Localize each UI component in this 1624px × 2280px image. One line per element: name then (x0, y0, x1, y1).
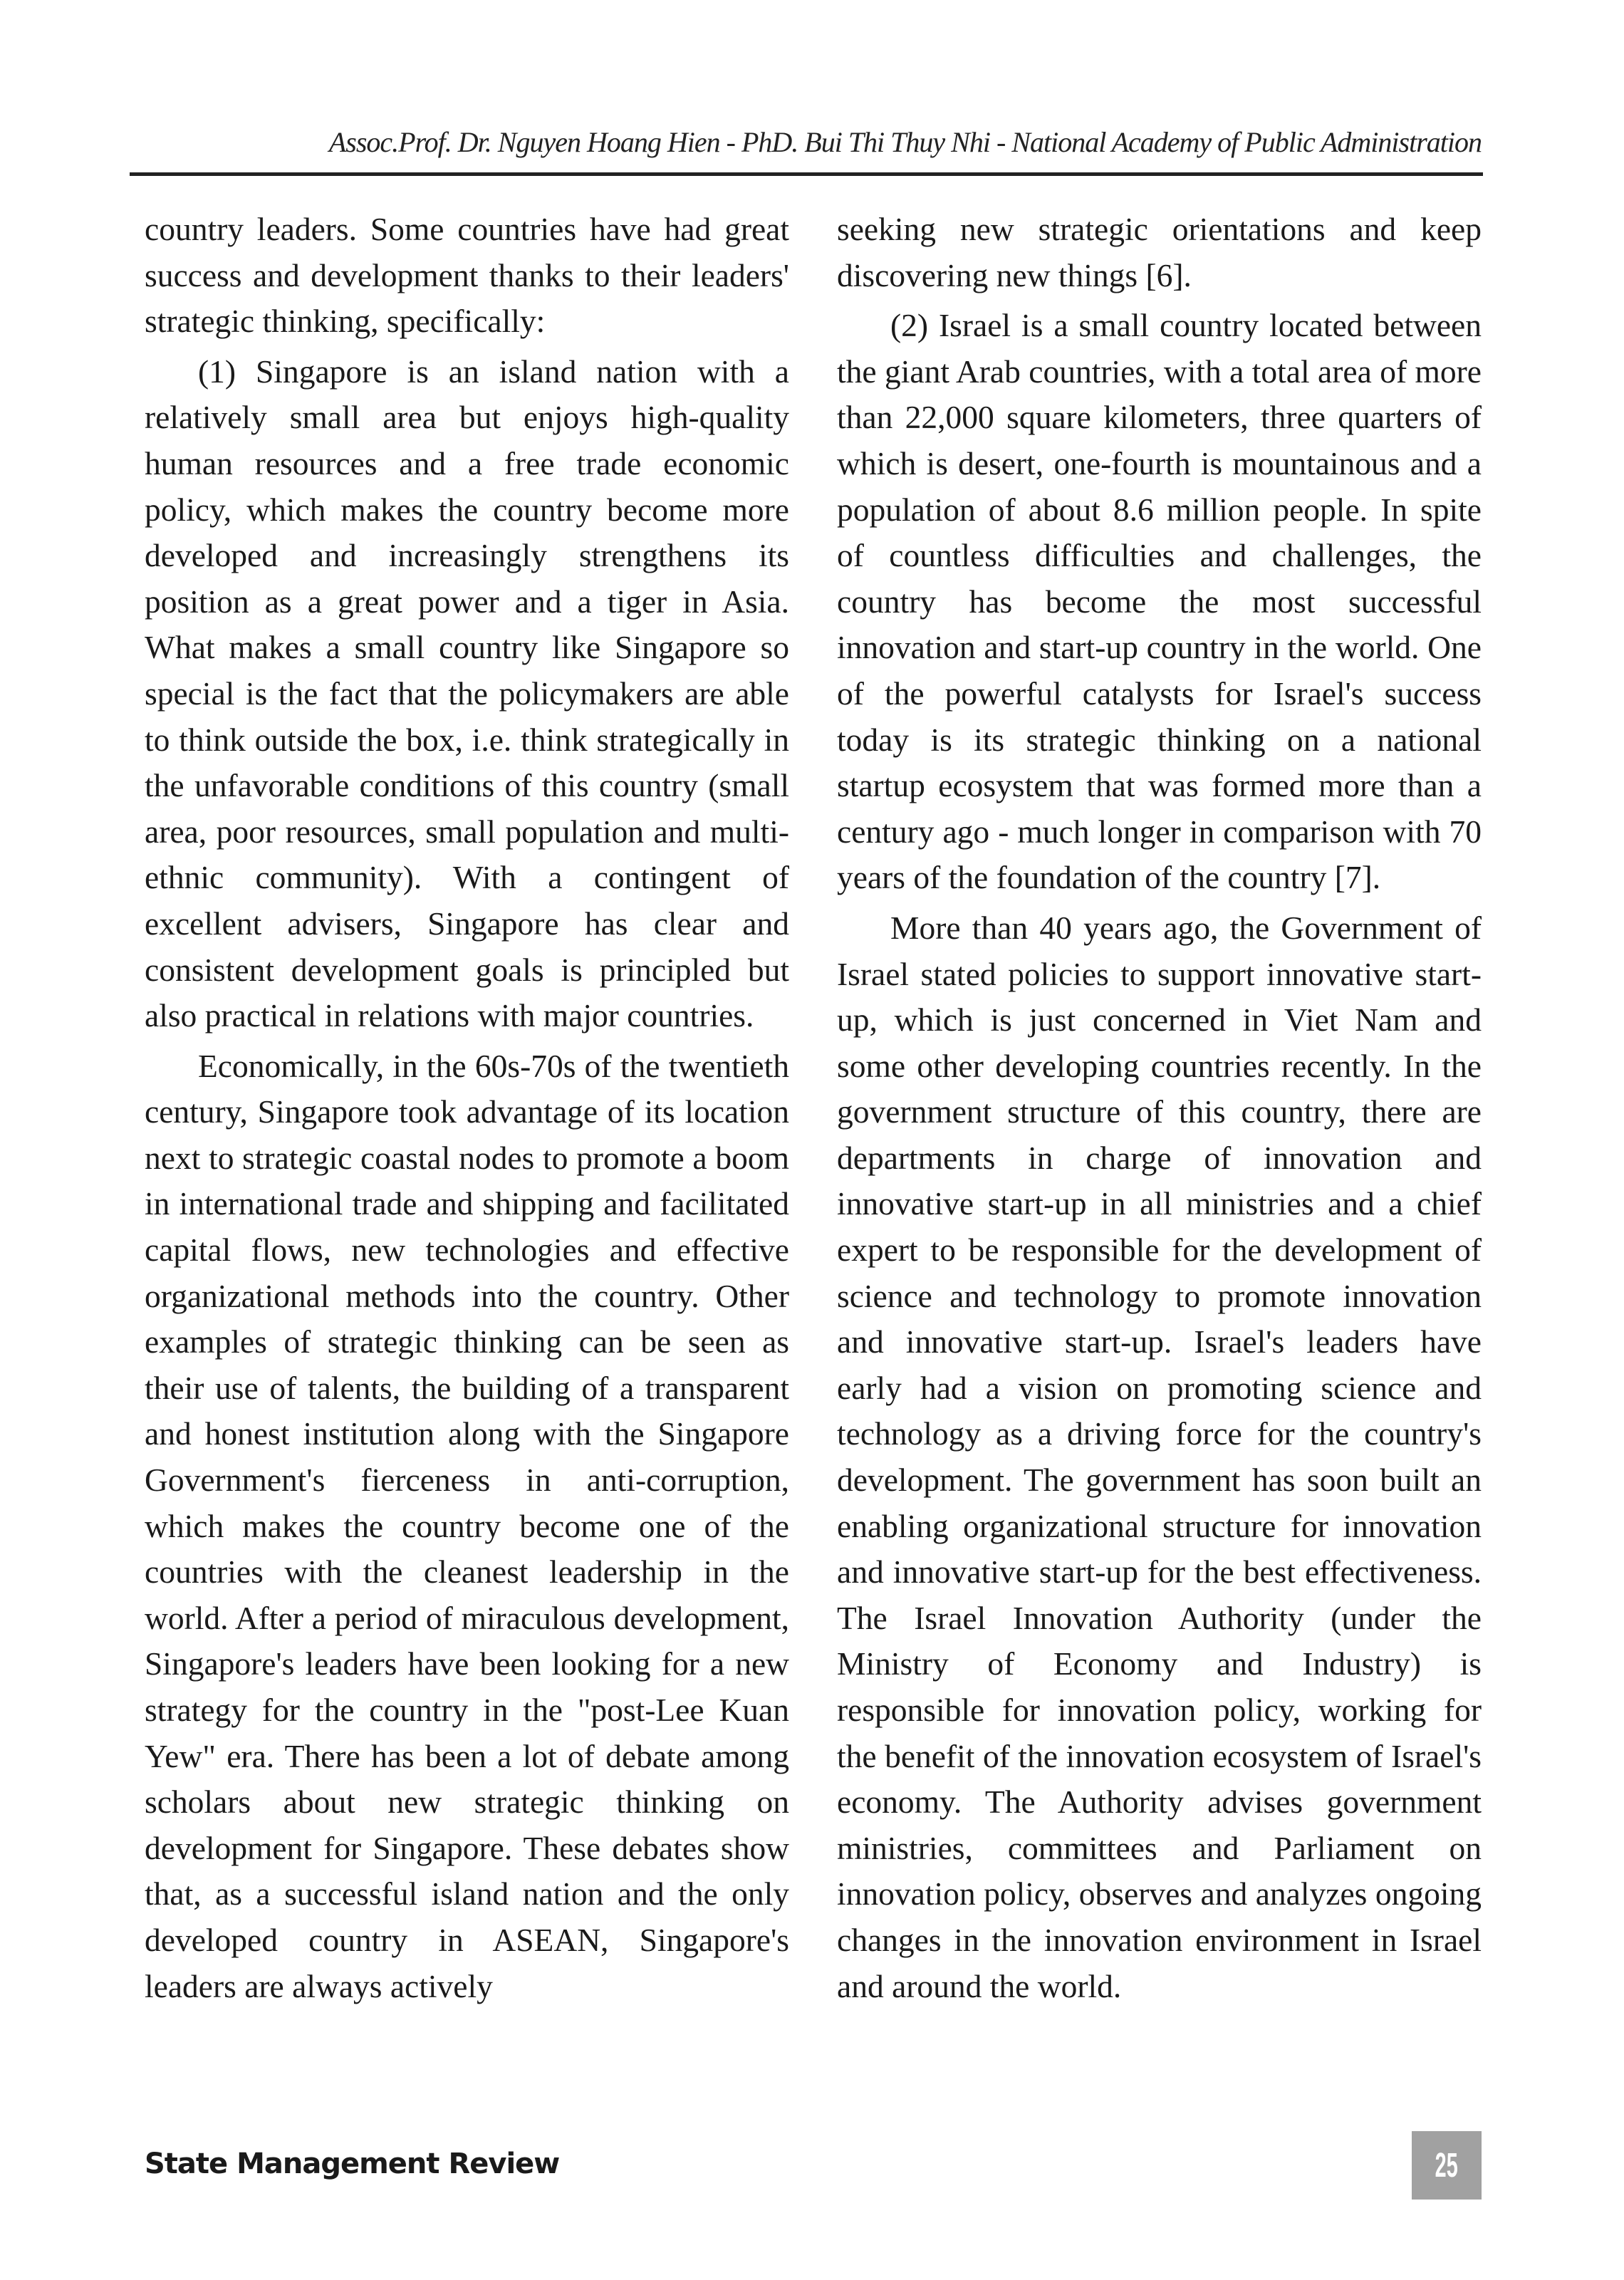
page-number-badge: 25 (1412, 2131, 1482, 2200)
paragraph: More than 40 years ago, the Government o… (837, 905, 1482, 2009)
right-column: seeking new strategic orientations and k… (837, 207, 1482, 2014)
journal-name: State Management Review (145, 2148, 559, 2180)
paragraph: seeking new strategic orientations and k… (837, 207, 1482, 298)
page-number: 25 (1435, 2146, 1458, 2185)
paragraph: country leaders. Some countries have had… (145, 207, 789, 345)
paragraph: (2) Israel is a small country located be… (837, 303, 1482, 901)
running-head: Assoc.Prof. Dr. Nguyen Hoang Hien - PhD.… (142, 125, 1482, 159)
paragraph: Economically, in the 60s-70s of the twen… (145, 1043, 789, 2009)
header-rule (130, 172, 1483, 176)
paragraph: (1) Singapore is an island nation with a… (145, 349, 789, 1039)
left-column: country leaders. Some countries have had… (145, 207, 789, 2014)
